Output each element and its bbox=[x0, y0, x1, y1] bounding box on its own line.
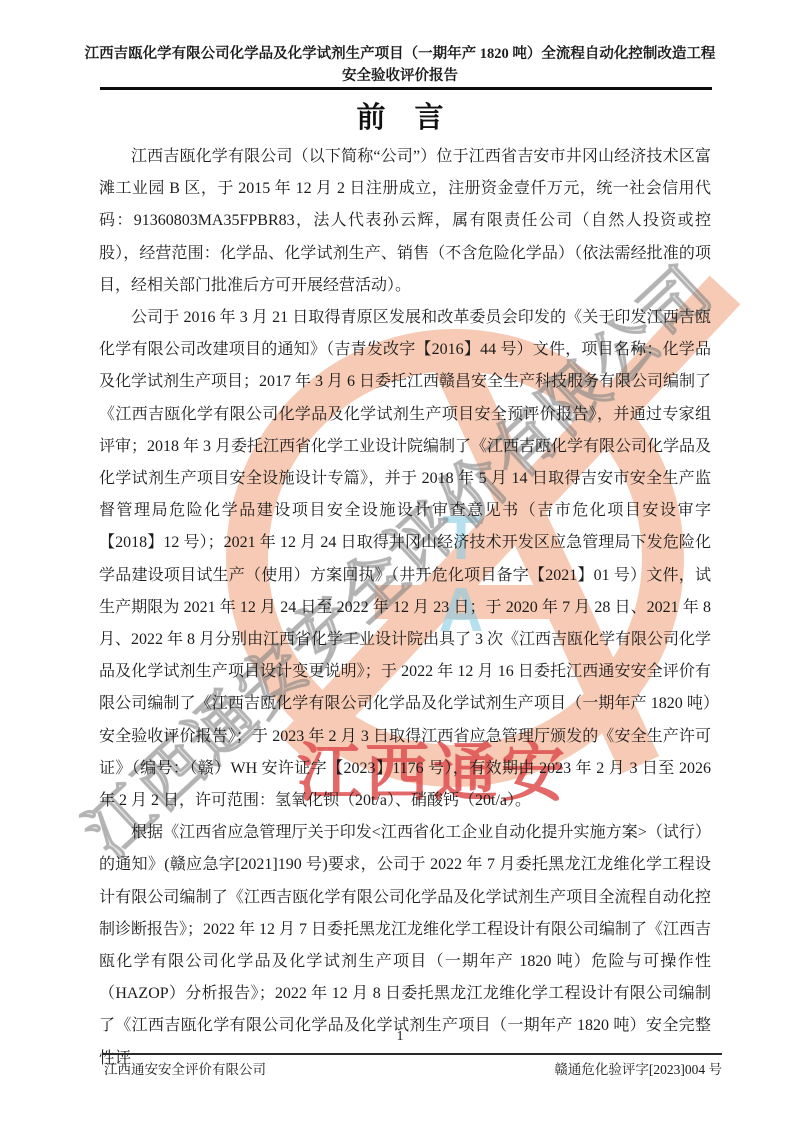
body-text: 江西吉瓯化学有限公司（以下简称“公司”）位于江西省吉安市井冈山经济技术区富滩工业… bbox=[99, 141, 711, 1075]
footer-rule bbox=[102, 1053, 722, 1055]
document-content: 江西吉瓯化学有限公司化学品及化学试剂生产项目（一期年产 1820 吨）全流程自动… bbox=[0, 0, 800, 1132]
header-rule bbox=[100, 87, 712, 90]
footer-doc-number: 赣通危化验评字[2023]004 号 bbox=[102, 1058, 722, 1078]
header-title-line2: 安全验收评价报告 bbox=[0, 66, 800, 86]
document-page: T A 江西通安安全评价有限公司 江西通安 江西吉瓯化学有限公司化学品及化学试剂… bbox=[0, 0, 800, 1132]
paragraph-1: 江西吉瓯化学有限公司（以下简称“公司”）位于江西省吉安市井冈山经济技术区富滩工业… bbox=[99, 141, 711, 302]
section-title: 前 言 bbox=[0, 95, 800, 136]
paragraph-2: 公司于 2016 年 3 月 21 日取得青原区发展和改革委员会印发的《关于印发… bbox=[99, 302, 711, 817]
header-title-line1: 江西吉瓯化学有限公司化学品及化学试剂生产项目（一期年产 1820 吨）全流程自动… bbox=[0, 44, 800, 64]
page-number: 1 bbox=[0, 1029, 800, 1045]
